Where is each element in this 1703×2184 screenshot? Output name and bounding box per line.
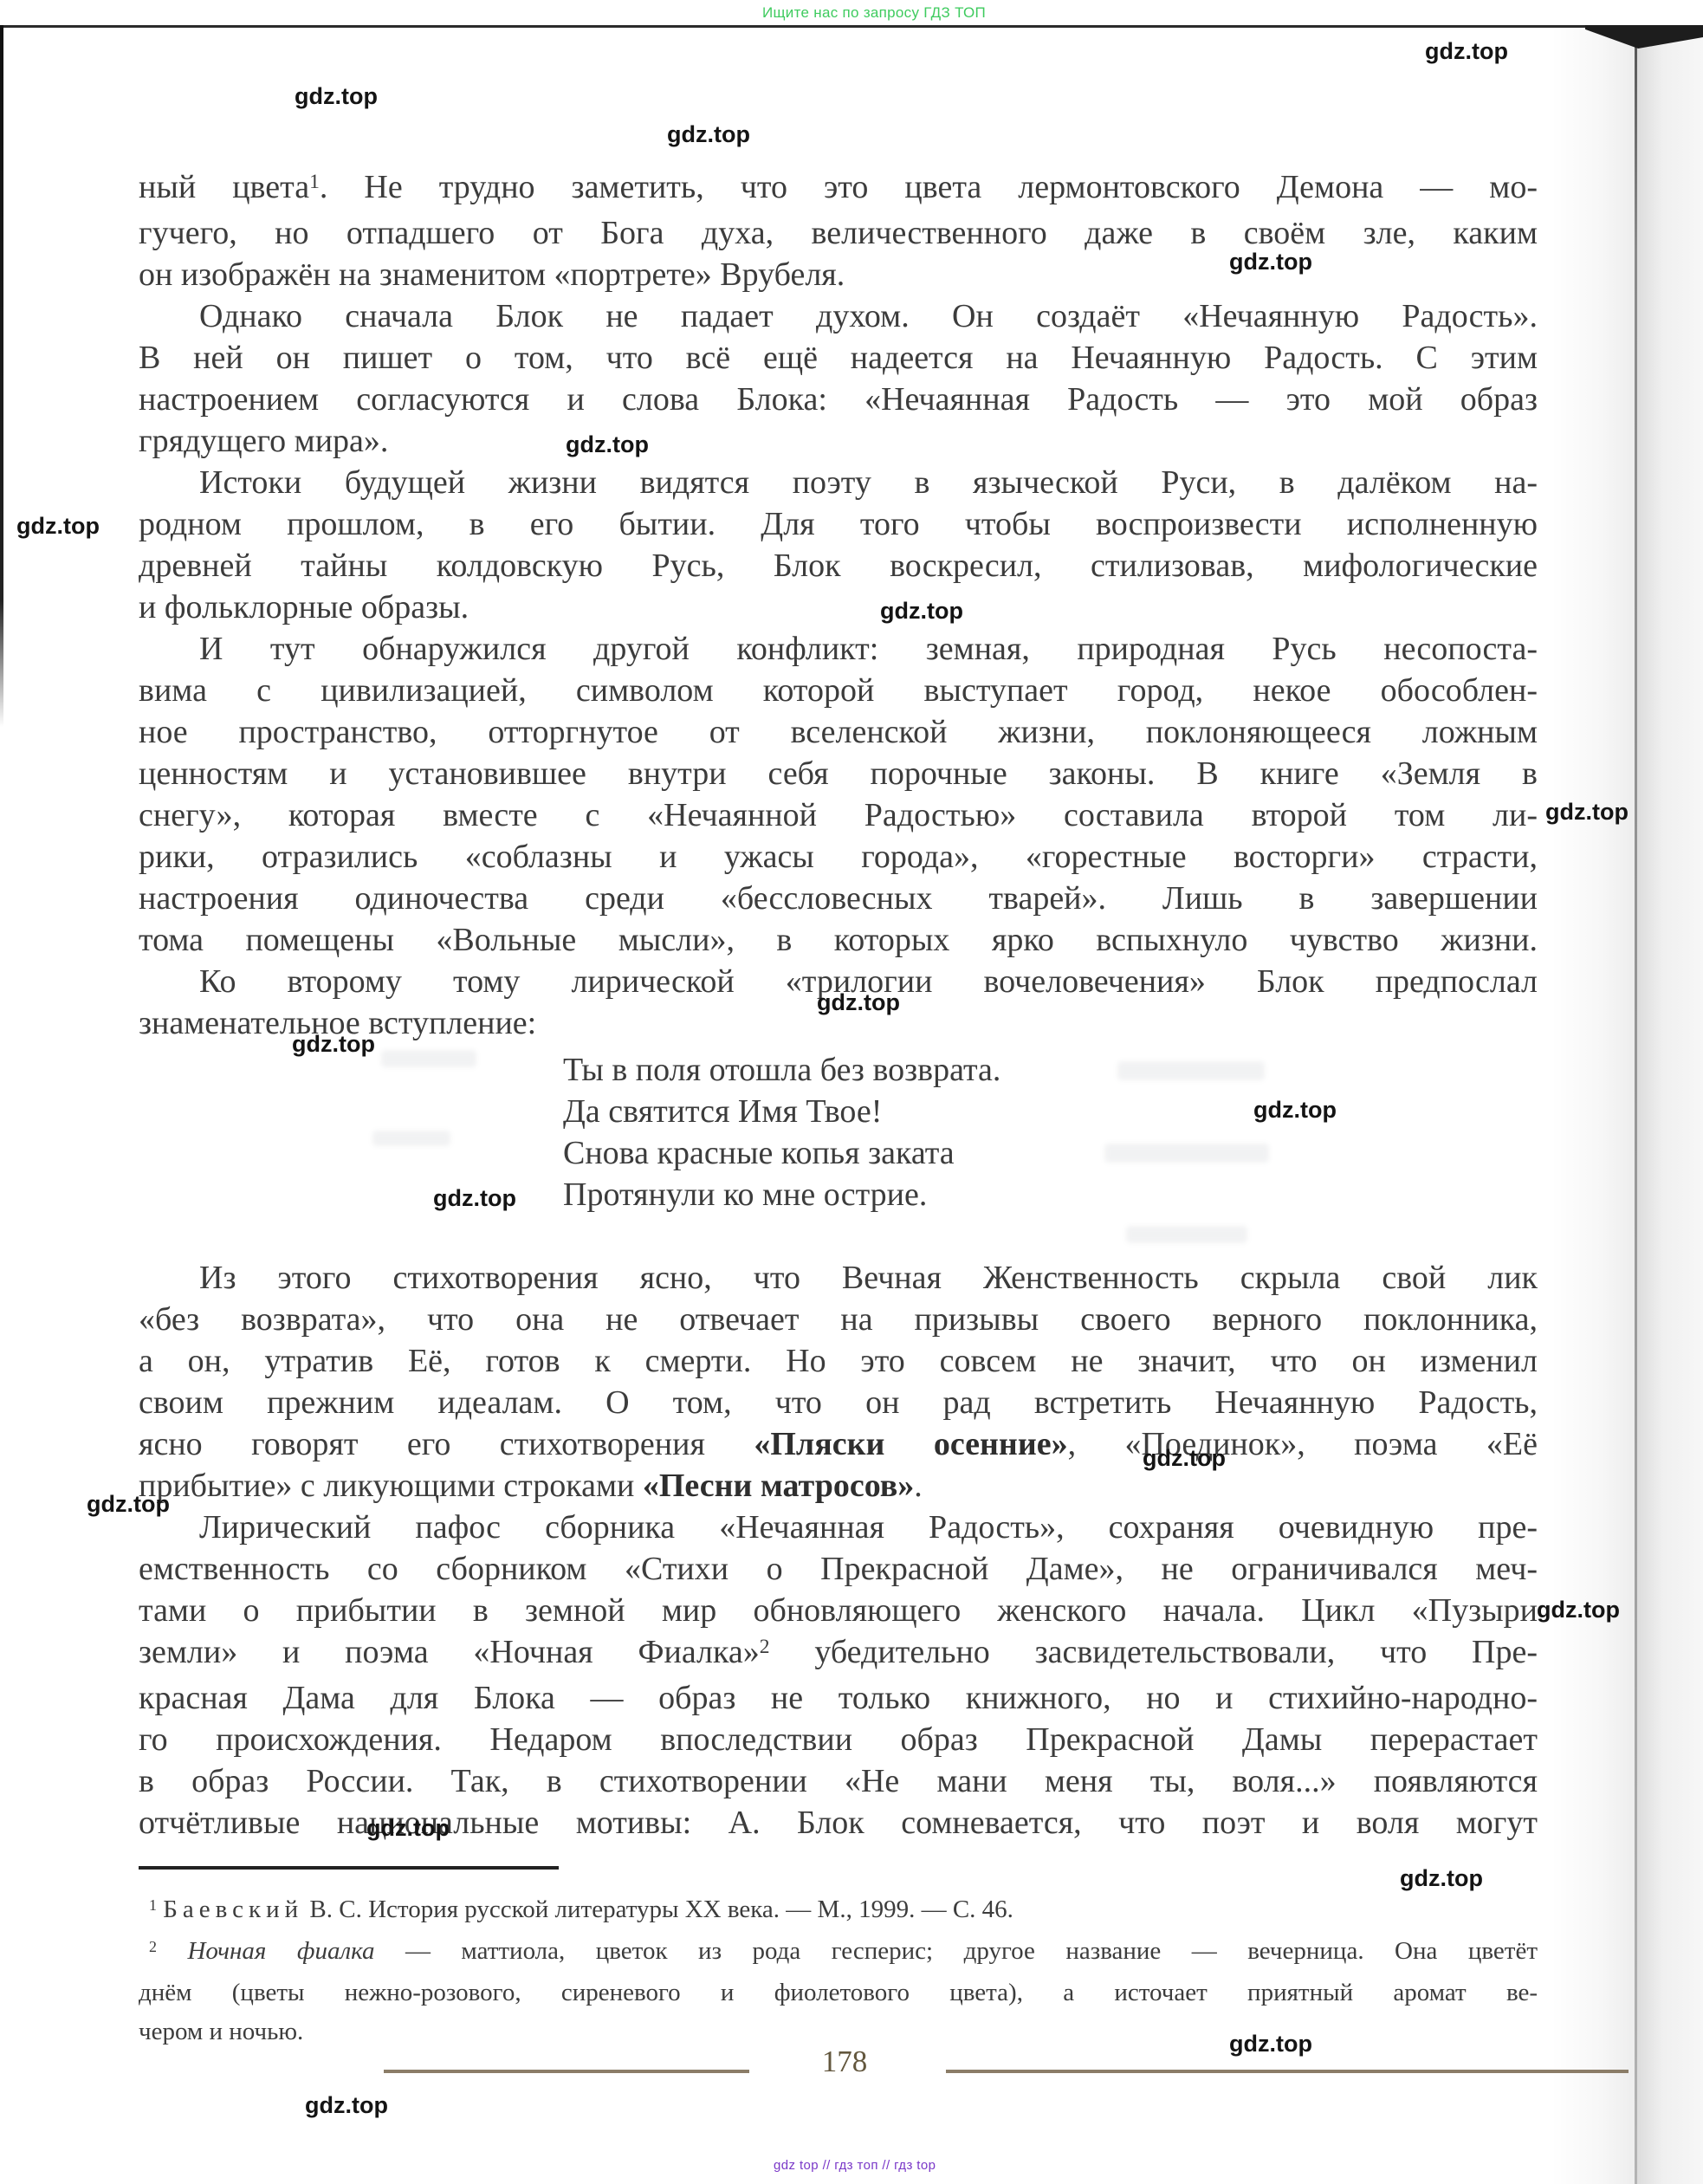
body-text: в образ России. Так, в стихотворении «Не…: [139, 1763, 1538, 1799]
promo-bottom-text: gdz top // гдз топ // гдз top: [774, 2158, 936, 2173]
footnote-text: днём (цветы нежно-розового, сиреневого и…: [139, 1979, 1538, 2006]
body-text: Истоки будущей жизни видятся поэту в язы…: [199, 464, 1538, 501]
body-text: ценностям и установившее внутри себя пор…: [139, 755, 1538, 792]
body-text: убедительно засвидетельствовали, что Пре…: [770, 1634, 1538, 1670]
body-text-line: го происхождения. Недаром впоследствии о…: [139, 1719, 1538, 1760]
watermark-gdz-top: gdz.top: [1545, 799, 1629, 826]
body-text: снегу», которая вместе с «Нечаянной Радо…: [139, 797, 1538, 833]
body-text-line: грядущего мира».: [139, 420, 1538, 462]
body-text-line: в образ России. Так, в стихотворении «Не…: [139, 1760, 1538, 1802]
body-text-line: тами о прибытии в земной мир обновляющег…: [139, 1590, 1538, 1631]
page-right-curve-shading: [1551, 25, 1635, 2184]
watermark-gdz-top: gdz.top: [566, 431, 649, 458]
watermark-gdz-top: gdz.top: [1537, 1597, 1620, 1623]
watermark-gdz-top: gdz.top: [1425, 38, 1508, 65]
body-text: прибытие» с ликующими строками: [139, 1468, 643, 1504]
footnote-2-line: 2 Ночная фиалка — маттиола, цветок из ро…: [139, 1932, 1538, 1973]
body-text-line: отчётливые национальные мотивы: А. Блок …: [139, 1802, 1538, 1844]
body-text-line: Истоки будущей жизни видятся поэту в язы…: [139, 462, 1538, 503]
book-page-scan: Ищите нас по запросу ГДЗ ТОП gdz.top gdz…: [0, 0, 1703, 2184]
footnote-indent: 1 Баевский В. С. История русской литерат…: [139, 1896, 1013, 1923]
body-text-line: а он, утратив Её, готов к смерти. Но это…: [139, 1340, 1538, 1382]
body-text: И тут обнаружился другой конфликт: земна…: [199, 631, 1538, 667]
body-text-line: ный цвета1. Не трудно заметить, что это …: [139, 166, 1538, 212]
body-text-line: земли» и поэма «Ночная Фиалка»2 убедител…: [139, 1631, 1538, 1677]
body-text-line: снегу», которая вместе с «Нечаянной Радо…: [139, 794, 1538, 836]
body-text: родном прошлом, в его бытии. Для того чт…: [139, 506, 1538, 542]
footnote-text: В. С. История русской литературы XX века…: [303, 1896, 1013, 1923]
body-text: отчётливые национальные мотивы: А. Блок …: [139, 1805, 1538, 1841]
poem-line: Протянули ко мне острие.: [563, 1174, 1538, 1215]
body-text: Лирический пафос сборника «Нечаянная Рад…: [199, 1509, 1538, 1546]
footnote-text: чером и ночью.: [139, 2018, 303, 2045]
body-text-line: вима с цивилизацией, символом которой вы…: [139, 670, 1538, 711]
body-text: го происхождения. Недаром впоследствии о…: [139, 1721, 1538, 1758]
body-text: своим прежним идеалам. О том, что он рад…: [139, 1384, 1538, 1421]
poem-text: Ты в поля отошла без возврата.: [563, 1052, 1000, 1088]
page-number: 178: [793, 2045, 897, 2079]
body-text-line: ценностям и установившее внутри себя пор…: [139, 753, 1538, 794]
body-text: древней тайны колдовскую Русь, Блок воск…: [139, 548, 1538, 584]
body-text-line: гучего, но отпадшего от Бога духа, велич…: [139, 212, 1538, 254]
body-text: он изображён на знаменитом «портрете» Вр…: [139, 256, 845, 293]
body-text: тома помещены «Вольные мысли», в которых…: [139, 922, 1538, 958]
poem-text: Протянули ко мне острие.: [563, 1176, 927, 1213]
body-text-line: В ней он пишет о том, что всё ещё надеет…: [139, 337, 1538, 379]
body-text: гучего, но отпадшего от Бога духа, велич…: [139, 215, 1538, 251]
body-text-line: Из этого стихотворения ясно, что Вечная …: [139, 1257, 1538, 1299]
body-text-line: рики, отразились «соблазны и ужасы город…: [139, 836, 1538, 878]
bold-title: «Песни матросов»: [643, 1468, 914, 1504]
body-text-line: он изображён на знаменитом «портрете» Вр…: [139, 254, 1538, 295]
watermark-gdz-top: gdz.top: [1229, 249, 1312, 275]
body-text-line: ясно говорят его стихотворения «Пляски о…: [139, 1423, 1538, 1465]
body-text-line: древней тайны колдовскую Русь, Блок воск…: [139, 545, 1538, 587]
watermark-gdz-top: gdz.top: [295, 83, 378, 110]
body-text: настроением согласуются и слова Блока: «…: [139, 381, 1538, 418]
poem-line: Снова красные копья заката: [563, 1132, 1538, 1174]
body-text: ный цвета: [139, 169, 309, 205]
bold-title: «Пляски осенние»: [754, 1426, 1067, 1462]
footnote-author: Баевский: [163, 1896, 303, 1923]
body-text-line: ное пространство, отторгнутое от вселенс…: [139, 711, 1538, 753]
watermark-gdz-top: gdz.top: [880, 598, 963, 625]
body-text-line: настроением согласуются и слова Блока: «…: [139, 379, 1538, 420]
watermark-gdz-top: gdz.top: [1400, 1865, 1483, 1892]
body-text-line: прибытие» с ликующими строками «Песни ма…: [139, 1465, 1538, 1507]
watermark-gdz-top: gdz.top: [1143, 1445, 1226, 1472]
body-text: ясно говорят его стихотворения: [139, 1426, 754, 1462]
poem-line: Да святится Имя Твое!: [563, 1091, 1538, 1132]
footnote-marker-1: 1: [149, 1896, 157, 1914]
scan-outer-margin: [1637, 25, 1703, 2184]
watermark-gdz-top: gdz.top: [433, 1185, 516, 1212]
watermark-gdz-top: gdz.top: [292, 1031, 375, 1058]
watermark-gdz-top: gdz.top: [817, 989, 900, 1016]
body-text: а он, утратив Её, готов к смерти. Но это…: [139, 1343, 1538, 1379]
body-text-line: И тут обнаружился другой конфликт: земна…: [139, 628, 1538, 670]
body-text: .: [914, 1468, 923, 1504]
body-text: и фольклорные образы.: [139, 589, 469, 625]
poem-text: Да святится Имя Твое!: [563, 1093, 882, 1130]
body-text-line: емственность со сборником «Стихи о Прекр…: [139, 1548, 1538, 1590]
body-text: «без возврата», что она не отвечает на п…: [139, 1301, 1538, 1338]
footnote-text: — маттиола, цветок из рода гесперис; дру…: [374, 1937, 1538, 1965]
watermark-gdz-top: gdz.top: [16, 513, 100, 540]
page-top-edge-line: [0, 25, 1639, 28]
footnote-2-line: днём (цветы нежно-розового, сиреневого и…: [139, 1973, 1538, 2012]
body-text: . Не трудно заметить, что это цвета лерм…: [320, 169, 1538, 205]
footnote-ref-1: 1: [309, 171, 320, 193]
footnote-1: 1 Баевский В. С. История русской литерат…: [139, 1890, 1538, 1932]
body-text-line: красная Дама для Блока — образ не только…: [139, 1677, 1538, 1719]
body-text-line: «без возврата», что она не отвечает на п…: [139, 1299, 1538, 1340]
promo-top-text: Ищите нас по запросу ГДЗ ТОП: [762, 4, 986, 22]
footer-rule-right: [946, 2070, 1629, 2073]
body-text: настроения одиночества среди «бессловесн…: [139, 880, 1538, 917]
watermark-gdz-top: gdz.top: [87, 1491, 170, 1518]
body-text-line: настроения одиночества среди «бессловесн…: [139, 878, 1538, 919]
body-text: земли» и поэма «Ночная Фиалка»: [139, 1634, 760, 1670]
footer-rule-left: [384, 2070, 749, 2073]
body-text: В ней он пишет о том, что всё ещё надеет…: [139, 340, 1538, 376]
watermark-gdz-top: gdz.top: [366, 1815, 450, 1842]
footnote-separator: [139, 1866, 559, 1870]
page-right-edge-line: [1635, 36, 1637, 2184]
page-left-edge-shadow: [0, 25, 3, 727]
body-text-line: и фольклорные образы.: [139, 587, 1538, 628]
body-text-line: Лирический пафос сборника «Нечаянная Рад…: [139, 1507, 1538, 1548]
footnote-ref-2: 2: [760, 1636, 770, 1658]
footnote-term-italic: Ночная фиалка: [187, 1937, 374, 1965]
watermark-gdz-top: gdz.top: [667, 121, 750, 148]
body-text-line: родном прошлом, в его бытии. Для того чт…: [139, 503, 1538, 545]
body-text: грядущего мира».: [139, 423, 388, 459]
body-text: емственность со сборником «Стихи о Прекр…: [139, 1551, 1538, 1587]
footnote-marker-2: 2: [149, 1938, 157, 1955]
body-text: Из этого стихотворения ясно, что Вечная …: [199, 1260, 1538, 1296]
body-text: рики, отразились «соблазны и ужасы город…: [139, 839, 1538, 875]
body-text: Однако сначала Блок не падает духом. Он …: [199, 298, 1538, 334]
body-text: тами о прибытии в земной мир обновляющег…: [139, 1592, 1538, 1629]
body-text: , «Поединок», поэма «Её: [1068, 1426, 1538, 1462]
body-text: ное пространство, отторгнутое от вселенс…: [139, 714, 1538, 750]
poem-text: Снова красные копья заката: [563, 1135, 955, 1171]
watermark-gdz-top: gdz.top: [1229, 2031, 1312, 2058]
body-text-line: тома помещены «Вольные мысли», в которых…: [139, 919, 1538, 961]
body-text: вима с цивилизацией, символом которой вы…: [139, 672, 1538, 709]
footnote-indent: 2 Ночная фиалка — маттиола, цветок из ро…: [139, 1937, 1538, 1965]
watermark-gdz-top: gdz.top: [1253, 1097, 1337, 1124]
poem-line: Ты в поля отошла без возврата.: [563, 1049, 1538, 1091]
poem-quote: Ты в поля отошла без возврата. Да святит…: [139, 1049, 1538, 1215]
body-text: красная Дама для Блока — образ не только…: [139, 1680, 1538, 1716]
body-text-line: Однако сначала Блок не падает духом. Он …: [139, 295, 1538, 337]
watermark-gdz-top: gdz.top: [305, 2092, 388, 2119]
body-text-line: своим прежним идеалам. О том, что он рад…: [139, 1382, 1538, 1423]
